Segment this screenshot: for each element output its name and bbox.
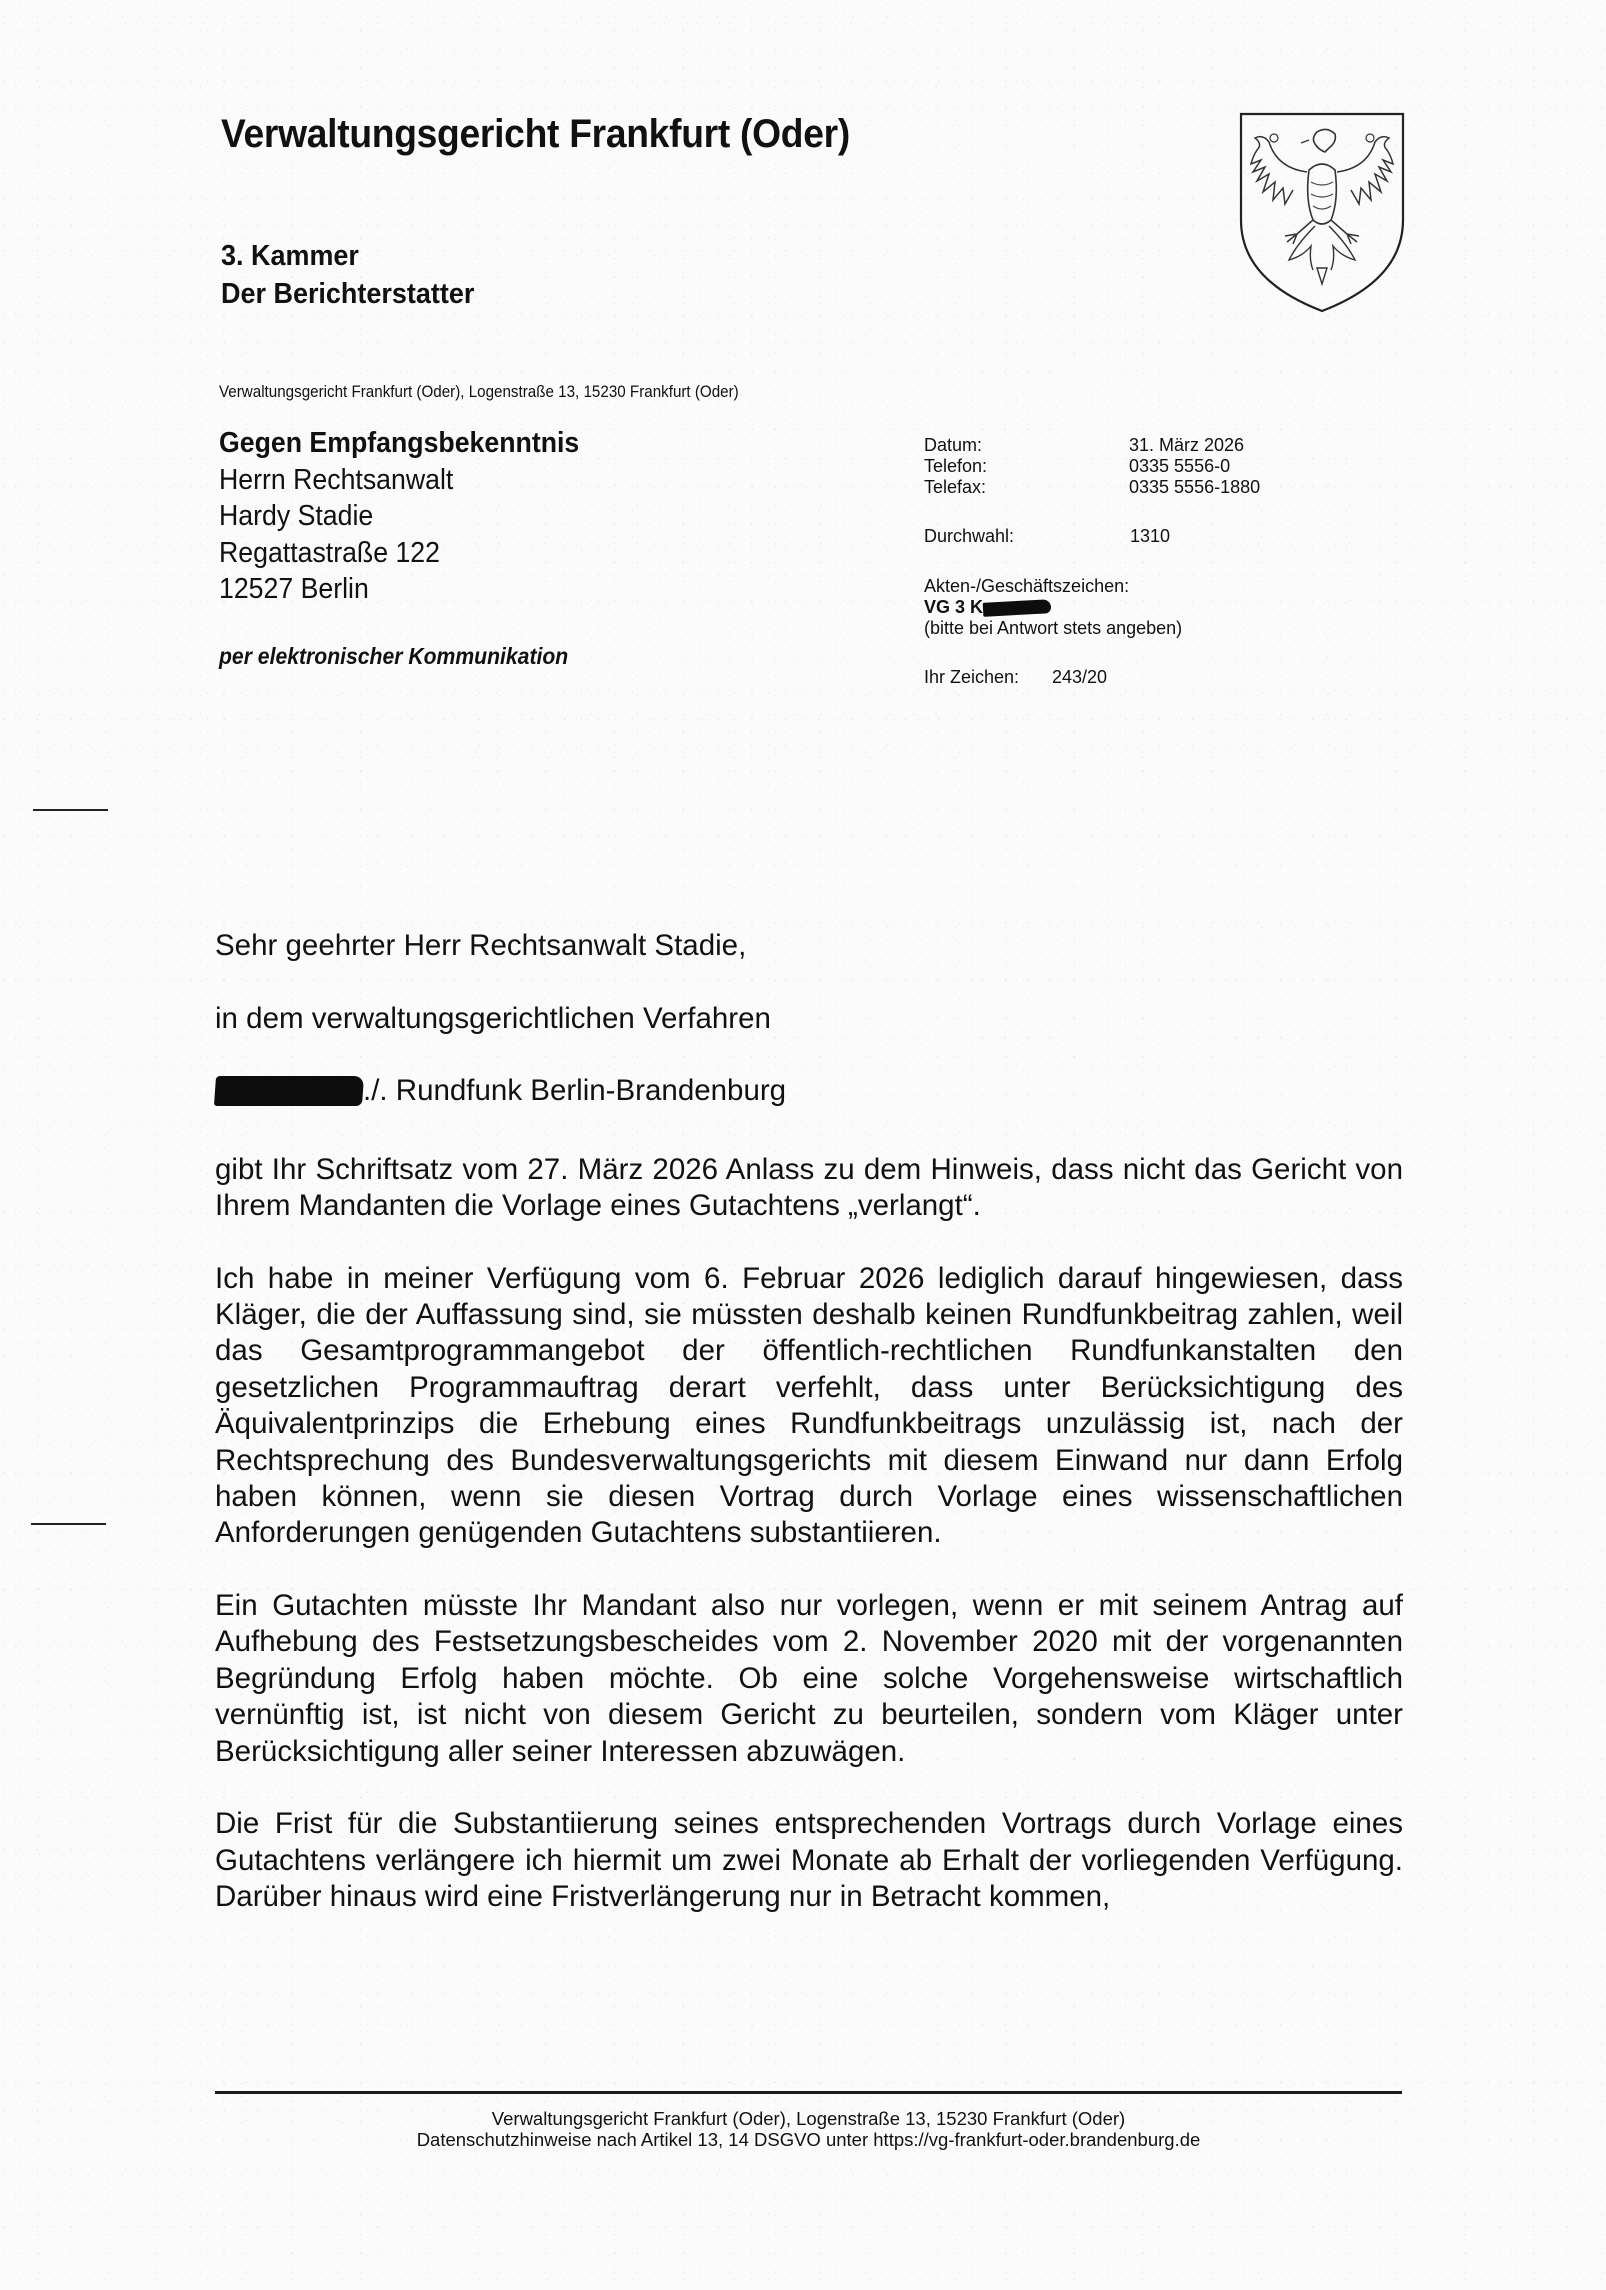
fax-value: 0335 5556-1880 — [1129, 477, 1260, 498]
chamber-block: 3. Kammer Der Berichterstatter — [221, 237, 474, 313]
date-label: Datum: — [924, 435, 982, 456]
your-reference-value: 243/20 — [1052, 667, 1107, 688]
chamber-name: 3. Kammer — [221, 237, 474, 275]
fold-mark-top — [33, 809, 108, 811]
extension-value: 1310 — [1130, 526, 1170, 547]
recipient-name: Hardy Stadie — [219, 498, 579, 535]
redaction-mark — [983, 599, 1052, 617]
footer-privacy-notice: Datenschutzhinweise nach Artikel 13, 14 … — [215, 2129, 1402, 2150]
case-parties-text: ./. Rundfunk Berlin-Brandenburg — [363, 1074, 786, 1107]
footer-divider — [215, 2091, 1402, 2094]
page-footer: Verwaltungsgericht Frankfurt (Oder), Log… — [215, 2108, 1402, 2150]
body-paragraph: Ein Gutachten müsste Ihr Mandant also nu… — [215, 1588, 1403, 1770]
letter-body: Sehr geehrter Herr Rechtsanwalt Stadie, … — [215, 928, 1403, 1952]
case-parties: ./. Rundfunk Berlin-Brandenburg — [215, 1073, 1403, 1109]
fax-label: Telefax: — [924, 477, 986, 498]
sender-return-address: Verwaltungsgericht Frankfurt (Oder), Log… — [219, 383, 739, 402]
fold-mark-bottom — [31, 1523, 106, 1525]
court-title: Verwaltungsgericht Frankfurt (Oder) — [221, 112, 850, 157]
recipient-city: 12527 Berlin — [219, 571, 579, 608]
brandenburg-eagle-coat-of-arms-icon — [1237, 110, 1407, 315]
transmission-method: per elektronischer Kommunikation — [219, 643, 568, 670]
redaction-mark — [214, 1076, 364, 1106]
file-reference-label: Akten-/Geschäftszeichen: — [924, 576, 1129, 597]
body-paragraph: Ich habe in meiner Verfügung vom 6. Febr… — [215, 1261, 1403, 1552]
recipient-address-block: Gegen Empfangsbekenntnis Herrn Rechtsanw… — [219, 425, 579, 608]
body-paragraph: Die Frist für die Substantiierung seines… — [215, 1806, 1403, 1915]
file-reference-note: (bitte bei Antwort stets angeben) — [924, 618, 1182, 639]
recipient-street: Regattastraße 122 — [219, 535, 579, 572]
file-reference-prefix: VG 3 K — [924, 597, 983, 617]
recipient-line: Herrn Rechtsanwalt — [219, 462, 579, 499]
proceedings-intro: in dem verwaltungsgerichtlichen Verfahre… — [215, 1001, 1403, 1037]
footer-address: Verwaltungsgericht Frankfurt (Oder), Log… — [215, 2108, 1402, 2129]
chamber-role: Der Berichterstatter — [221, 275, 474, 313]
date-value: 31. März 2026 — [1129, 435, 1244, 456]
phone-label: Telefon: — [924, 456, 987, 477]
extension-label: Durchwahl: — [924, 526, 1014, 547]
your-reference-label: Ihr Zeichen: — [924, 667, 1019, 688]
phone-value: 0335 5556-0 — [1129, 456, 1230, 477]
delivery-note: Gegen Empfangsbekenntnis — [219, 425, 579, 462]
body-paragraph: gibt Ihr Schriftsatz vom 27. März 2026 A… — [215, 1152, 1403, 1225]
salutation: Sehr geehrter Herr Rechtsanwalt Stadie, — [215, 928, 1403, 964]
file-reference-value: VG 3 K — [924, 597, 1051, 618]
